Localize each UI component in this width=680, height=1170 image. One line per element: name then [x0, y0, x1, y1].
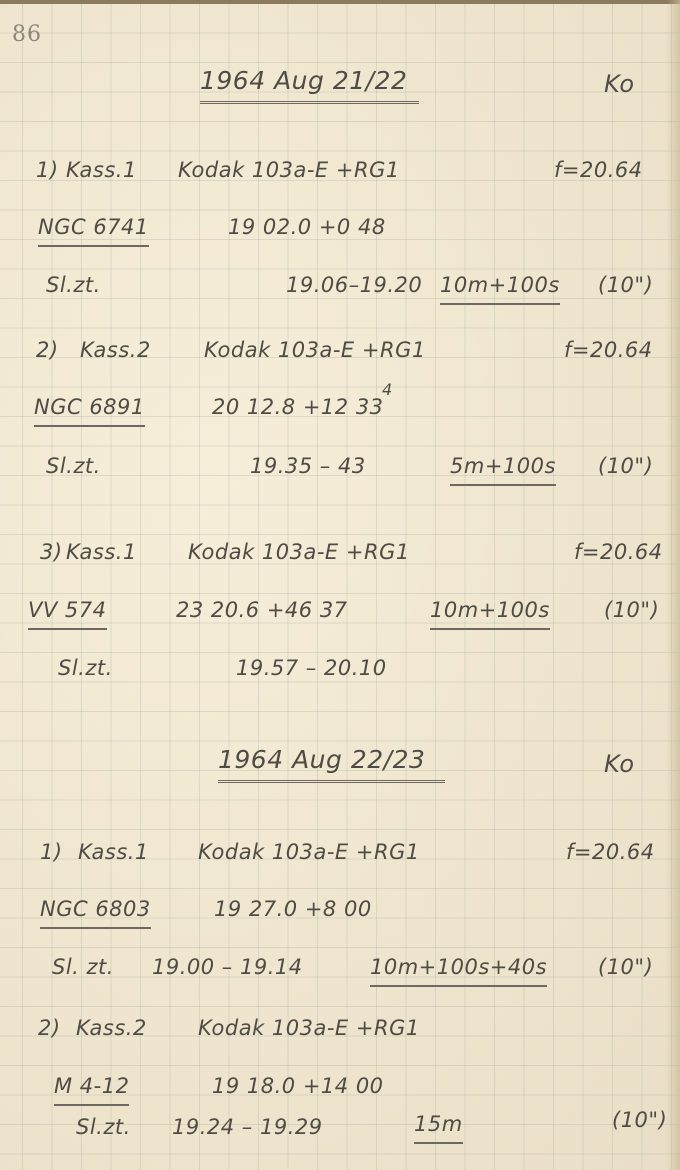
n1-e3-exposure: 10m+100s: [430, 598, 550, 630]
n1-e3-plate: Kodak 103a-E +RG1: [188, 540, 410, 564]
n2-e2-time-label: Sl.zt.: [76, 1115, 131, 1139]
n1-e1-time-label: Sl.zt.: [46, 273, 101, 297]
n1-e3-object: VV 574: [28, 598, 107, 630]
n1-e2-object: NGC 6891: [34, 395, 145, 427]
n2-e1-time-label: Sl. zt.: [52, 955, 114, 979]
n2-e1-time: 19.00 – 19.14: [152, 955, 303, 979]
n1-e2-coords-correction: 4: [382, 380, 393, 399]
n1-e3-cassette: Kass.1: [66, 540, 137, 564]
page-right-edge: [666, 0, 680, 1170]
n1-e1-plate: Kodak 103a-E +RG1: [178, 158, 400, 182]
night-2-observer: Ko: [604, 750, 635, 778]
n1-e3-coords: 23 20.6 +46 37: [176, 598, 348, 622]
n1-e1-cassette: Kass.1: [66, 158, 137, 182]
n1-e2-time-label: Sl.zt.: [46, 454, 101, 478]
night-1-date: 1964 Aug 21/22: [200, 66, 419, 104]
logbook-page: 86 1964 Aug 21/22 Ko 1) Kass.1 Kodak 103…: [0, 0, 680, 1170]
n2-e2-index: 2): [38, 1016, 61, 1040]
n2-e1-seeing: (10"): [598, 955, 653, 979]
n1-e2-cassette: Kass.2: [80, 338, 151, 362]
n1-e2-time: 19.35 – 43: [250, 454, 366, 478]
n1-e3-time: 19.57 – 20.10: [236, 656, 387, 680]
n2-e2-seeing: (10"): [612, 1108, 667, 1132]
n2-e2-exposure: 15m: [414, 1112, 463, 1144]
n1-e2-index: 2): [36, 338, 59, 362]
n1-e1-index: 1): [36, 158, 59, 182]
n1-e3-index: 3): [40, 540, 63, 564]
n1-e1-time: 19.06–19.20: [286, 273, 422, 297]
night-1-observer: Ko: [604, 70, 635, 98]
n2-e1-cassette: Kass.1: [78, 840, 149, 864]
n1-e3-focal: f=20.64: [574, 540, 663, 564]
night-2-date: 1964 Aug 22/23: [218, 745, 445, 783]
n1-e3-time-label: Sl.zt.: [58, 656, 113, 680]
n1-e2-plate: Kodak 103a-E +RG1: [204, 338, 426, 362]
n1-e1-seeing: (10"): [598, 273, 653, 297]
n1-e1-coords: 19 02.0 +0 48: [228, 215, 386, 239]
n2-e2-coords: 19 18.0 +14 00: [212, 1074, 384, 1098]
n1-e2-exposure: 5m+100s: [450, 454, 556, 486]
n2-e1-index: 1): [40, 840, 63, 864]
n2-e2-object: M 4-12: [54, 1074, 129, 1106]
n1-e1-exposure: 10m+100s: [440, 273, 560, 305]
n1-e2-seeing: (10"): [598, 454, 653, 478]
n1-e3-seeing: (10"): [604, 598, 659, 622]
n1-e2-focal: f=20.64: [564, 338, 653, 362]
page-number: 86: [12, 22, 42, 47]
n2-e1-coords: 19 27.0 +8 00: [214, 897, 372, 921]
n2-e2-cassette: Kass.2: [76, 1016, 147, 1040]
n2-e1-plate: Kodak 103a-E +RG1: [198, 840, 420, 864]
n2-e1-exposure: 10m+100s+40s: [370, 955, 547, 987]
n1-e1-object: NGC 6741: [38, 215, 149, 247]
n2-e2-time: 19.24 – 19.29: [172, 1115, 323, 1139]
n1-e1-focal: f=20.64: [554, 158, 643, 182]
n1-e2-coords: 20 12.8 +12 33: [212, 395, 384, 419]
n2-e1-focal: f=20.64: [566, 840, 655, 864]
n2-e2-plate: Kodak 103a-E +RG1: [198, 1016, 420, 1040]
page-top-edge: [0, 0, 680, 4]
n2-e1-object: NGC 6803: [40, 897, 151, 929]
